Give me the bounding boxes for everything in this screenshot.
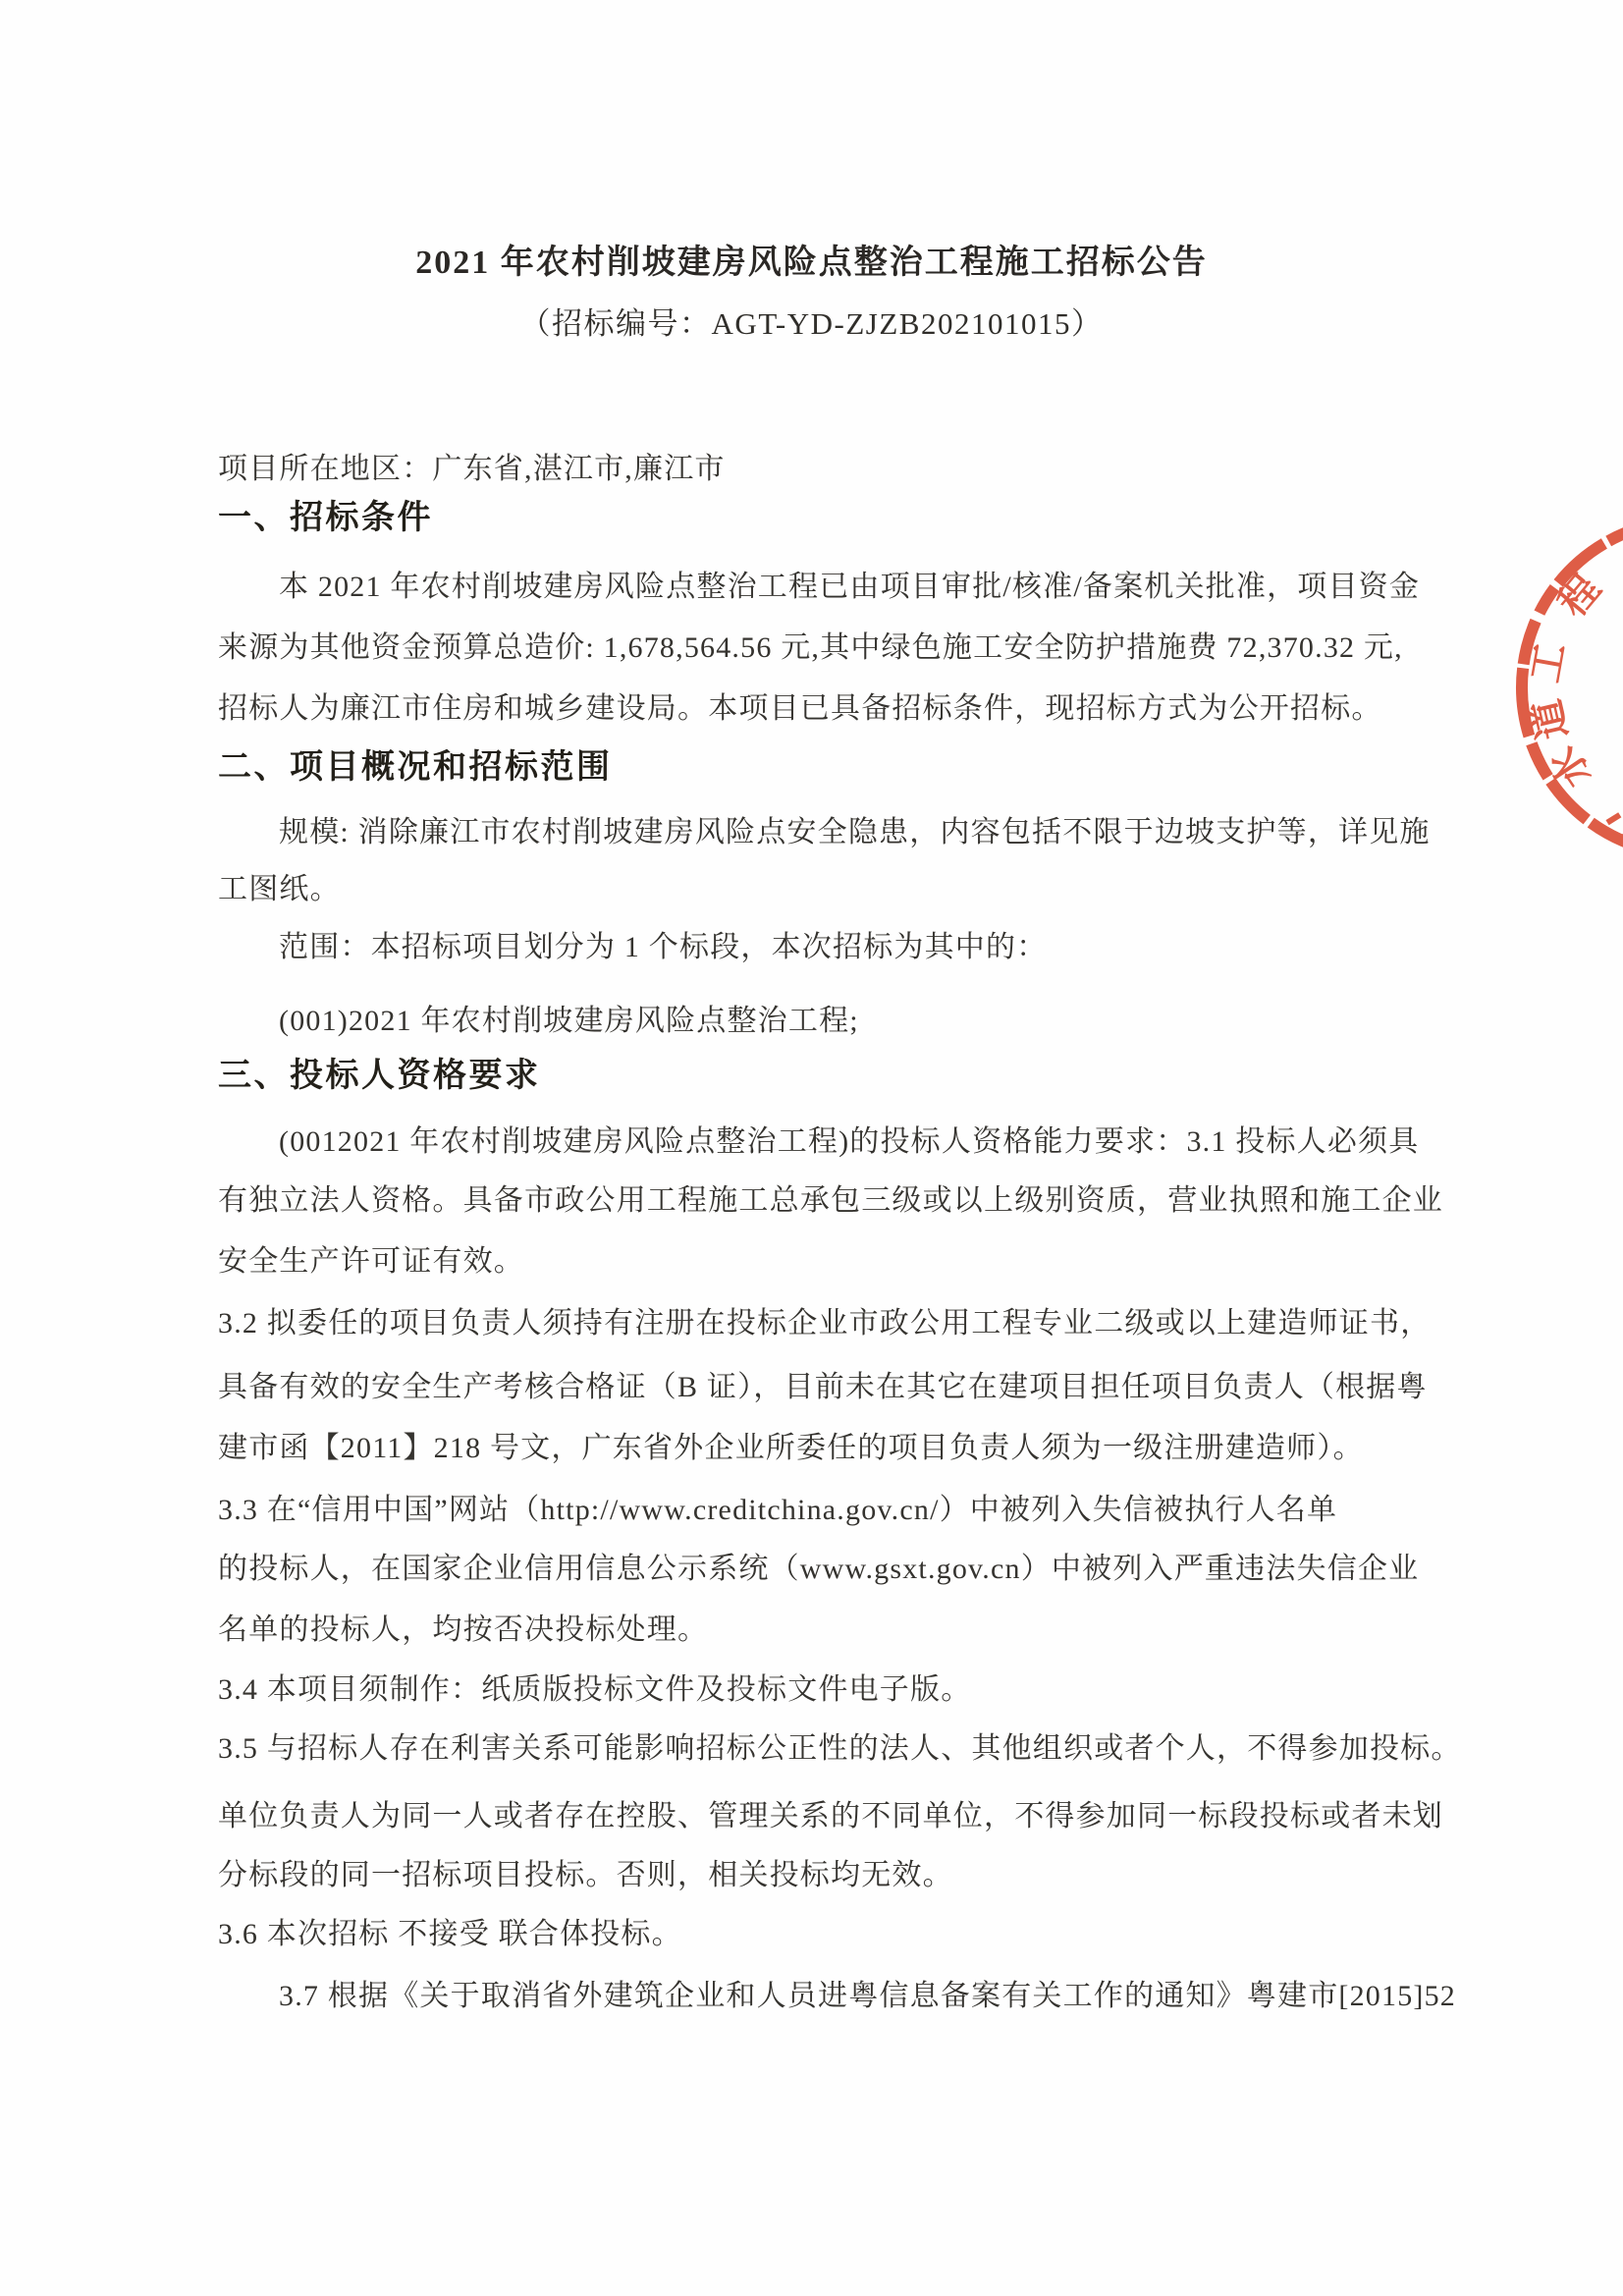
seal-char: 工 bbox=[1523, 639, 1573, 685]
section3-line: 有独立法人资格。具备市政公用工程施工总承包三级或以上级别资质，营业执照和施工企业 bbox=[218, 1179, 1443, 1223]
section3-line: 3.3 在“信用中国”网站（http://www.creditchina.gov… bbox=[218, 1489, 1337, 1532]
official-red-seal: 程 工 道 水 bbox=[1512, 525, 1623, 864]
section1-line: 本 2021 年农村削坡建房风险点整治工程已由项目审批/核准/备案机关批准，项目… bbox=[218, 566, 1420, 609]
section3-line: 3.5 与招标人存在利害关系可能影响招标公正性的法人、其他组织或者个人，不得参加… bbox=[218, 1727, 1462, 1771]
project-location: 项目所在地区：广东省,湛江市,廉江市 bbox=[218, 448, 726, 491]
section2-line: 规模: 消除廉江市农村削坡建房风险点安全隐患，内容包括不限于边坡支护等，详见施 bbox=[218, 811, 1431, 854]
seal-graphic: 程 工 道 水 bbox=[1512, 525, 1623, 864]
section2-line: 范围：本招标项目划分为 1 个标段，本次招标为其中的： bbox=[218, 926, 1047, 969]
seal-char: 道 bbox=[1524, 695, 1576, 743]
page-title: 2021 年农村削坡建房风险点整治工程施工招标公告 bbox=[0, 242, 1623, 285]
section3-line: 3.4 本项目须制作：纸质版投标文件及投标文件电子版。 bbox=[218, 1668, 971, 1712]
section2-line: (001)2021 年农村削坡建房风险点整治工程; bbox=[218, 1000, 859, 1043]
section3-line: (0012021 年农村削坡建房风险点整治工程)的投标人资格能力要求：3.1 投… bbox=[218, 1121, 1419, 1164]
section1-line: 来源为其他资金预算总造价: 1,678,564.56 元,其中绿色施工安全防护措… bbox=[218, 627, 1403, 670]
section3-line: 安全生产许可证有效。 bbox=[218, 1240, 524, 1284]
section3-line: 单位负责人为同一人或者存在控股、管理关系的不同单位，不得参加同一标段投标或者未划 bbox=[218, 1795, 1443, 1838]
tender-number: （招标编号：AGT-YD-ZJZB202101015） bbox=[0, 302, 1623, 346]
section2-line: 工图纸。 bbox=[218, 868, 341, 911]
section3-line: 3.7 根据《关于取消省外建筑企业和人员进粤信息备案有关工作的通知》粤建市[20… bbox=[218, 1975, 1456, 2018]
section3-heading: 三、投标人资格要求 bbox=[218, 1055, 541, 1098]
section3-line: 分标段的同一招标项目投标。否则，相关投标均无效。 bbox=[218, 1854, 953, 1897]
section3-line: 的投标人，在国家企业信用信息公示系统（www.gsxt.gov.cn）中被列入严… bbox=[218, 1548, 1419, 1591]
section2-heading: 二、项目概况和招标范围 bbox=[218, 746, 613, 790]
section1-heading: 一、招标条件 bbox=[218, 497, 433, 540]
section3-line: 名单的投标人，均按否决投标处理。 bbox=[218, 1609, 708, 1652]
section1-line: 招标人为廉江市住房和城乡建设局。本项目已具备招标条件，现招标方式为公开招标。 bbox=[218, 687, 1382, 731]
section3-line: 具备有效的安全生产考核合格证（B 证），目前未在其它在建项目担任项目负责人（根据… bbox=[218, 1366, 1428, 1409]
section3-line: 建市函【2011】218 号文，广东省外企业所委任的项目负责人须为一级注册建造师… bbox=[218, 1427, 1364, 1470]
section3-line: 3.2 拟委任的项目负责人须持有注册在投标企业市政公用工程专业二级或以上建造师证… bbox=[218, 1302, 1431, 1345]
section3-line: 3.6 本次招标 不接受 联合体投标。 bbox=[218, 1913, 682, 1956]
scanned-tender-document-page: 2021 年农村削坡建房风险点整治工程施工招标公告 （招标编号：AGT-YD-Z… bbox=[0, 0, 1623, 2296]
